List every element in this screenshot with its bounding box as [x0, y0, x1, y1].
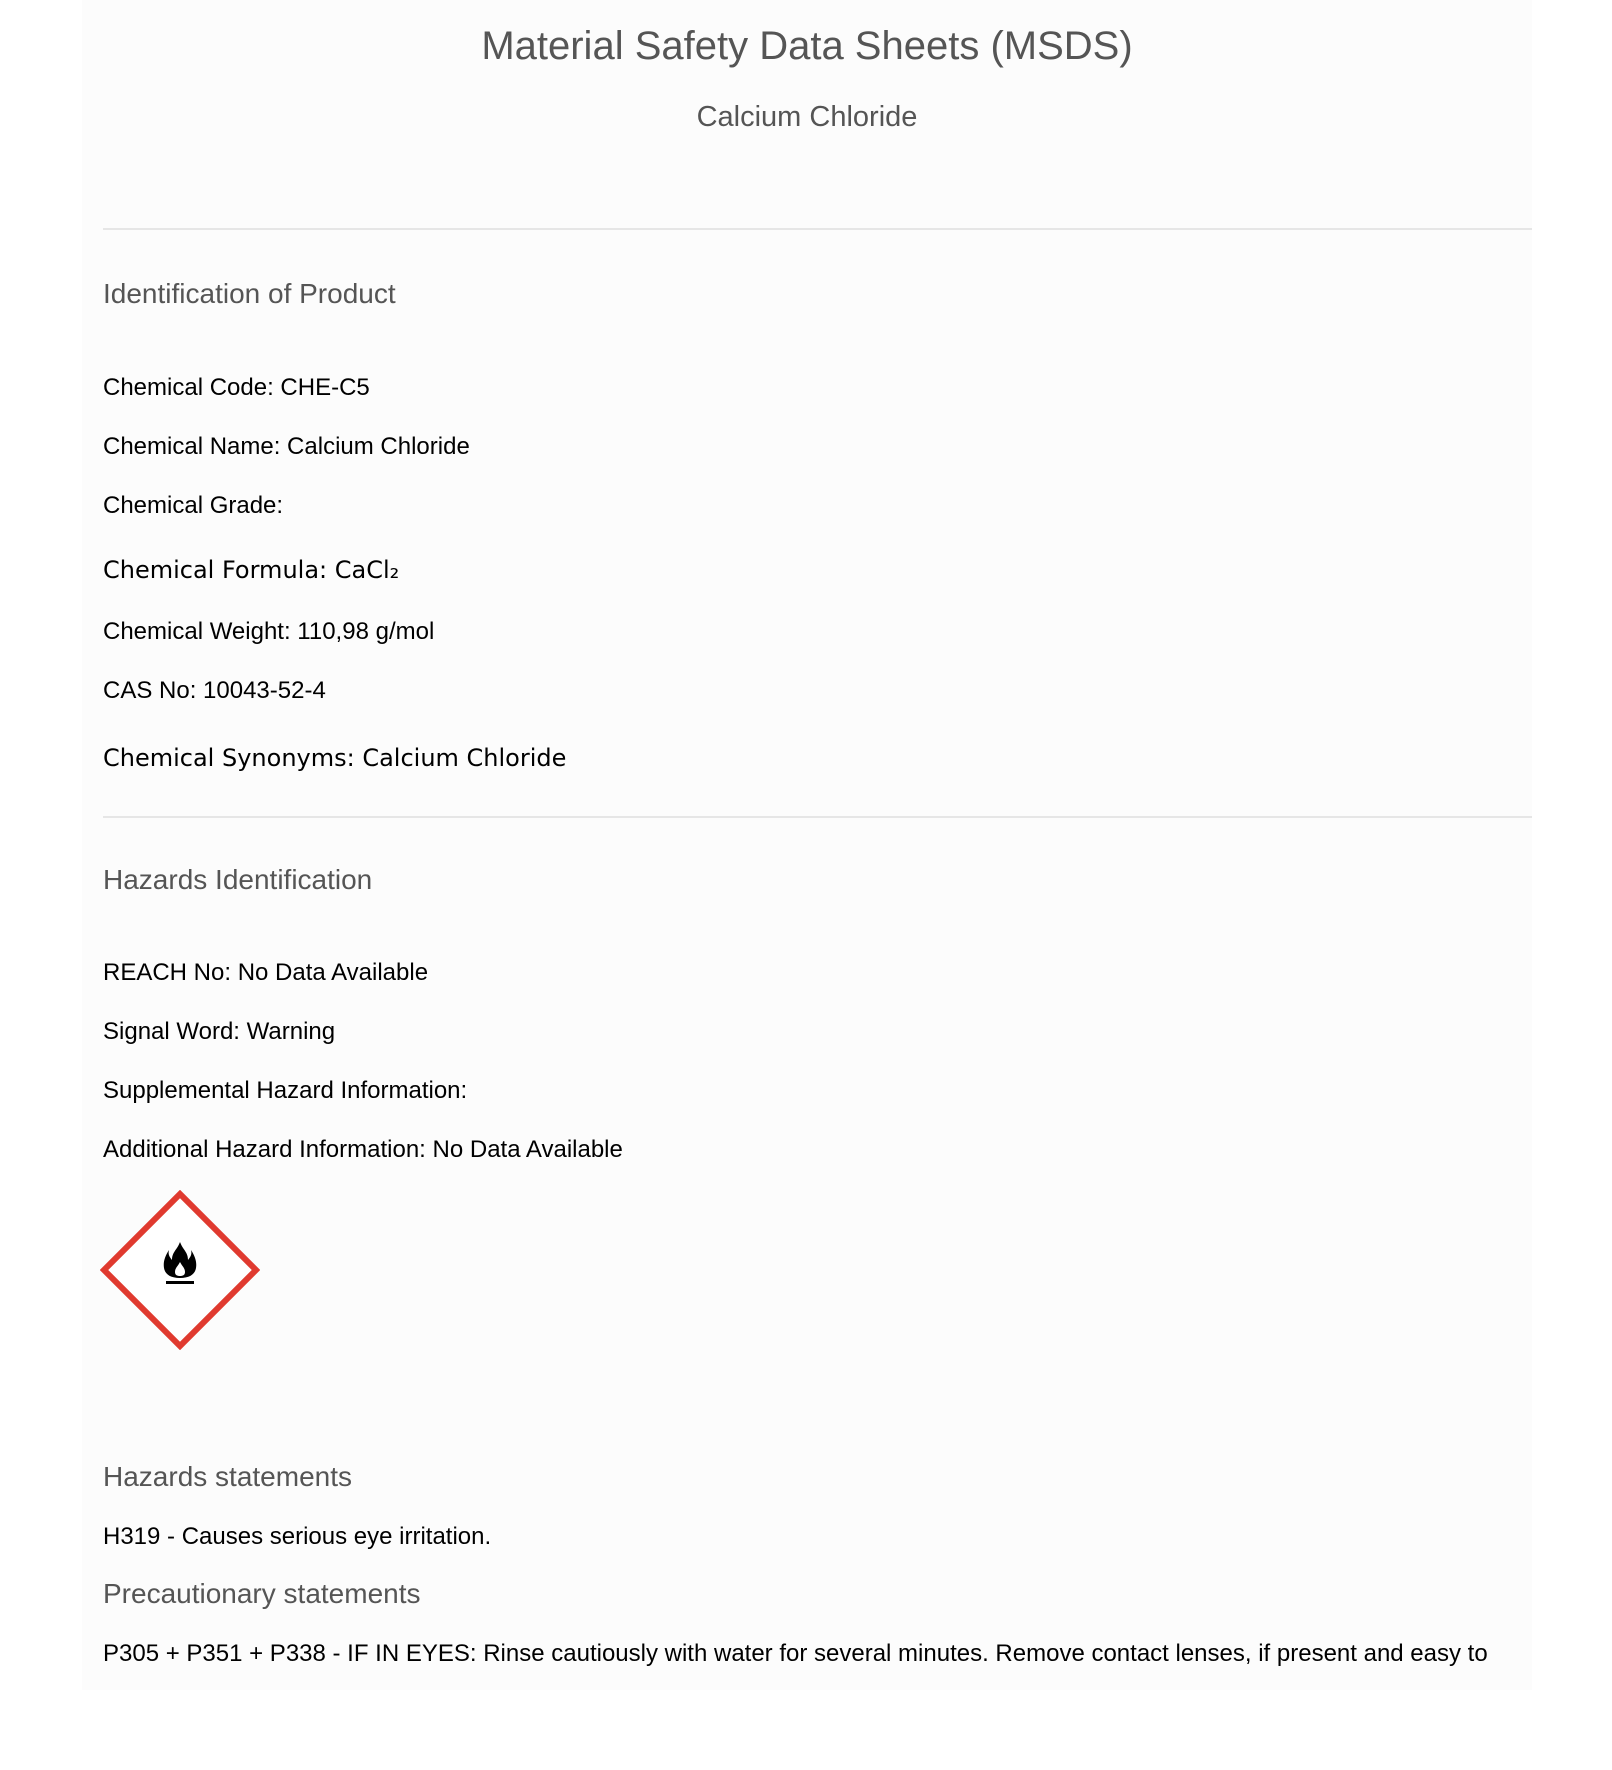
- field-chemical-weight: Chemical Weight: 110,98 g/mol: [103, 618, 434, 646]
- section-title-precautionary-statements: Precautionary statements: [103, 1578, 421, 1610]
- flammable-flame-icon: [100, 1190, 260, 1350]
- divider: [103, 228, 1532, 230]
- field-supplemental-hazard: Supplemental Hazard Information:: [103, 1077, 467, 1105]
- field-additional-hazard: Additional Hazard Information: No Data A…: [103, 1136, 623, 1164]
- divider: [103, 816, 1532, 818]
- field-cas-no: CAS No: 10043-52-4: [103, 677, 326, 705]
- field-chemical-formula: Chemical Formula: CaCl₂: [103, 556, 399, 584]
- field-reach-no: REACH No: No Data Available: [103, 959, 428, 987]
- field-signal-word: Signal Word: Warning: [103, 1018, 335, 1046]
- field-chemical-code: Chemical Code: CHE-C5: [103, 374, 370, 402]
- precautionary-statement: P305 + P351 + P338 - IF IN EYES: Rinse c…: [103, 1640, 1488, 1668]
- chemical-subtitle: Calcium Chloride: [82, 101, 1532, 134]
- section-title-hazards: Hazards Identification: [103, 864, 372, 896]
- field-chemical-synonyms: Chemical Synonyms: Calcium Chloride: [103, 744, 566, 772]
- field-chemical-grade: Chemical Grade:: [103, 492, 283, 520]
- page-title: Material Safety Data Sheets (MSDS): [82, 24, 1532, 69]
- section-title-hazard-statements: Hazards statements: [103, 1461, 352, 1493]
- hazard-statement: H319 - Causes serious eye irritation.: [103, 1523, 491, 1551]
- ghs-pictogram: [100, 1190, 260, 1350]
- field-chemical-name: Chemical Name: Calcium Chloride: [103, 433, 470, 461]
- section-title-identification: Identification of Product: [103, 278, 396, 310]
- msds-sheet: Material Safety Data Sheets (MSDS) Calci…: [82, 0, 1532, 1690]
